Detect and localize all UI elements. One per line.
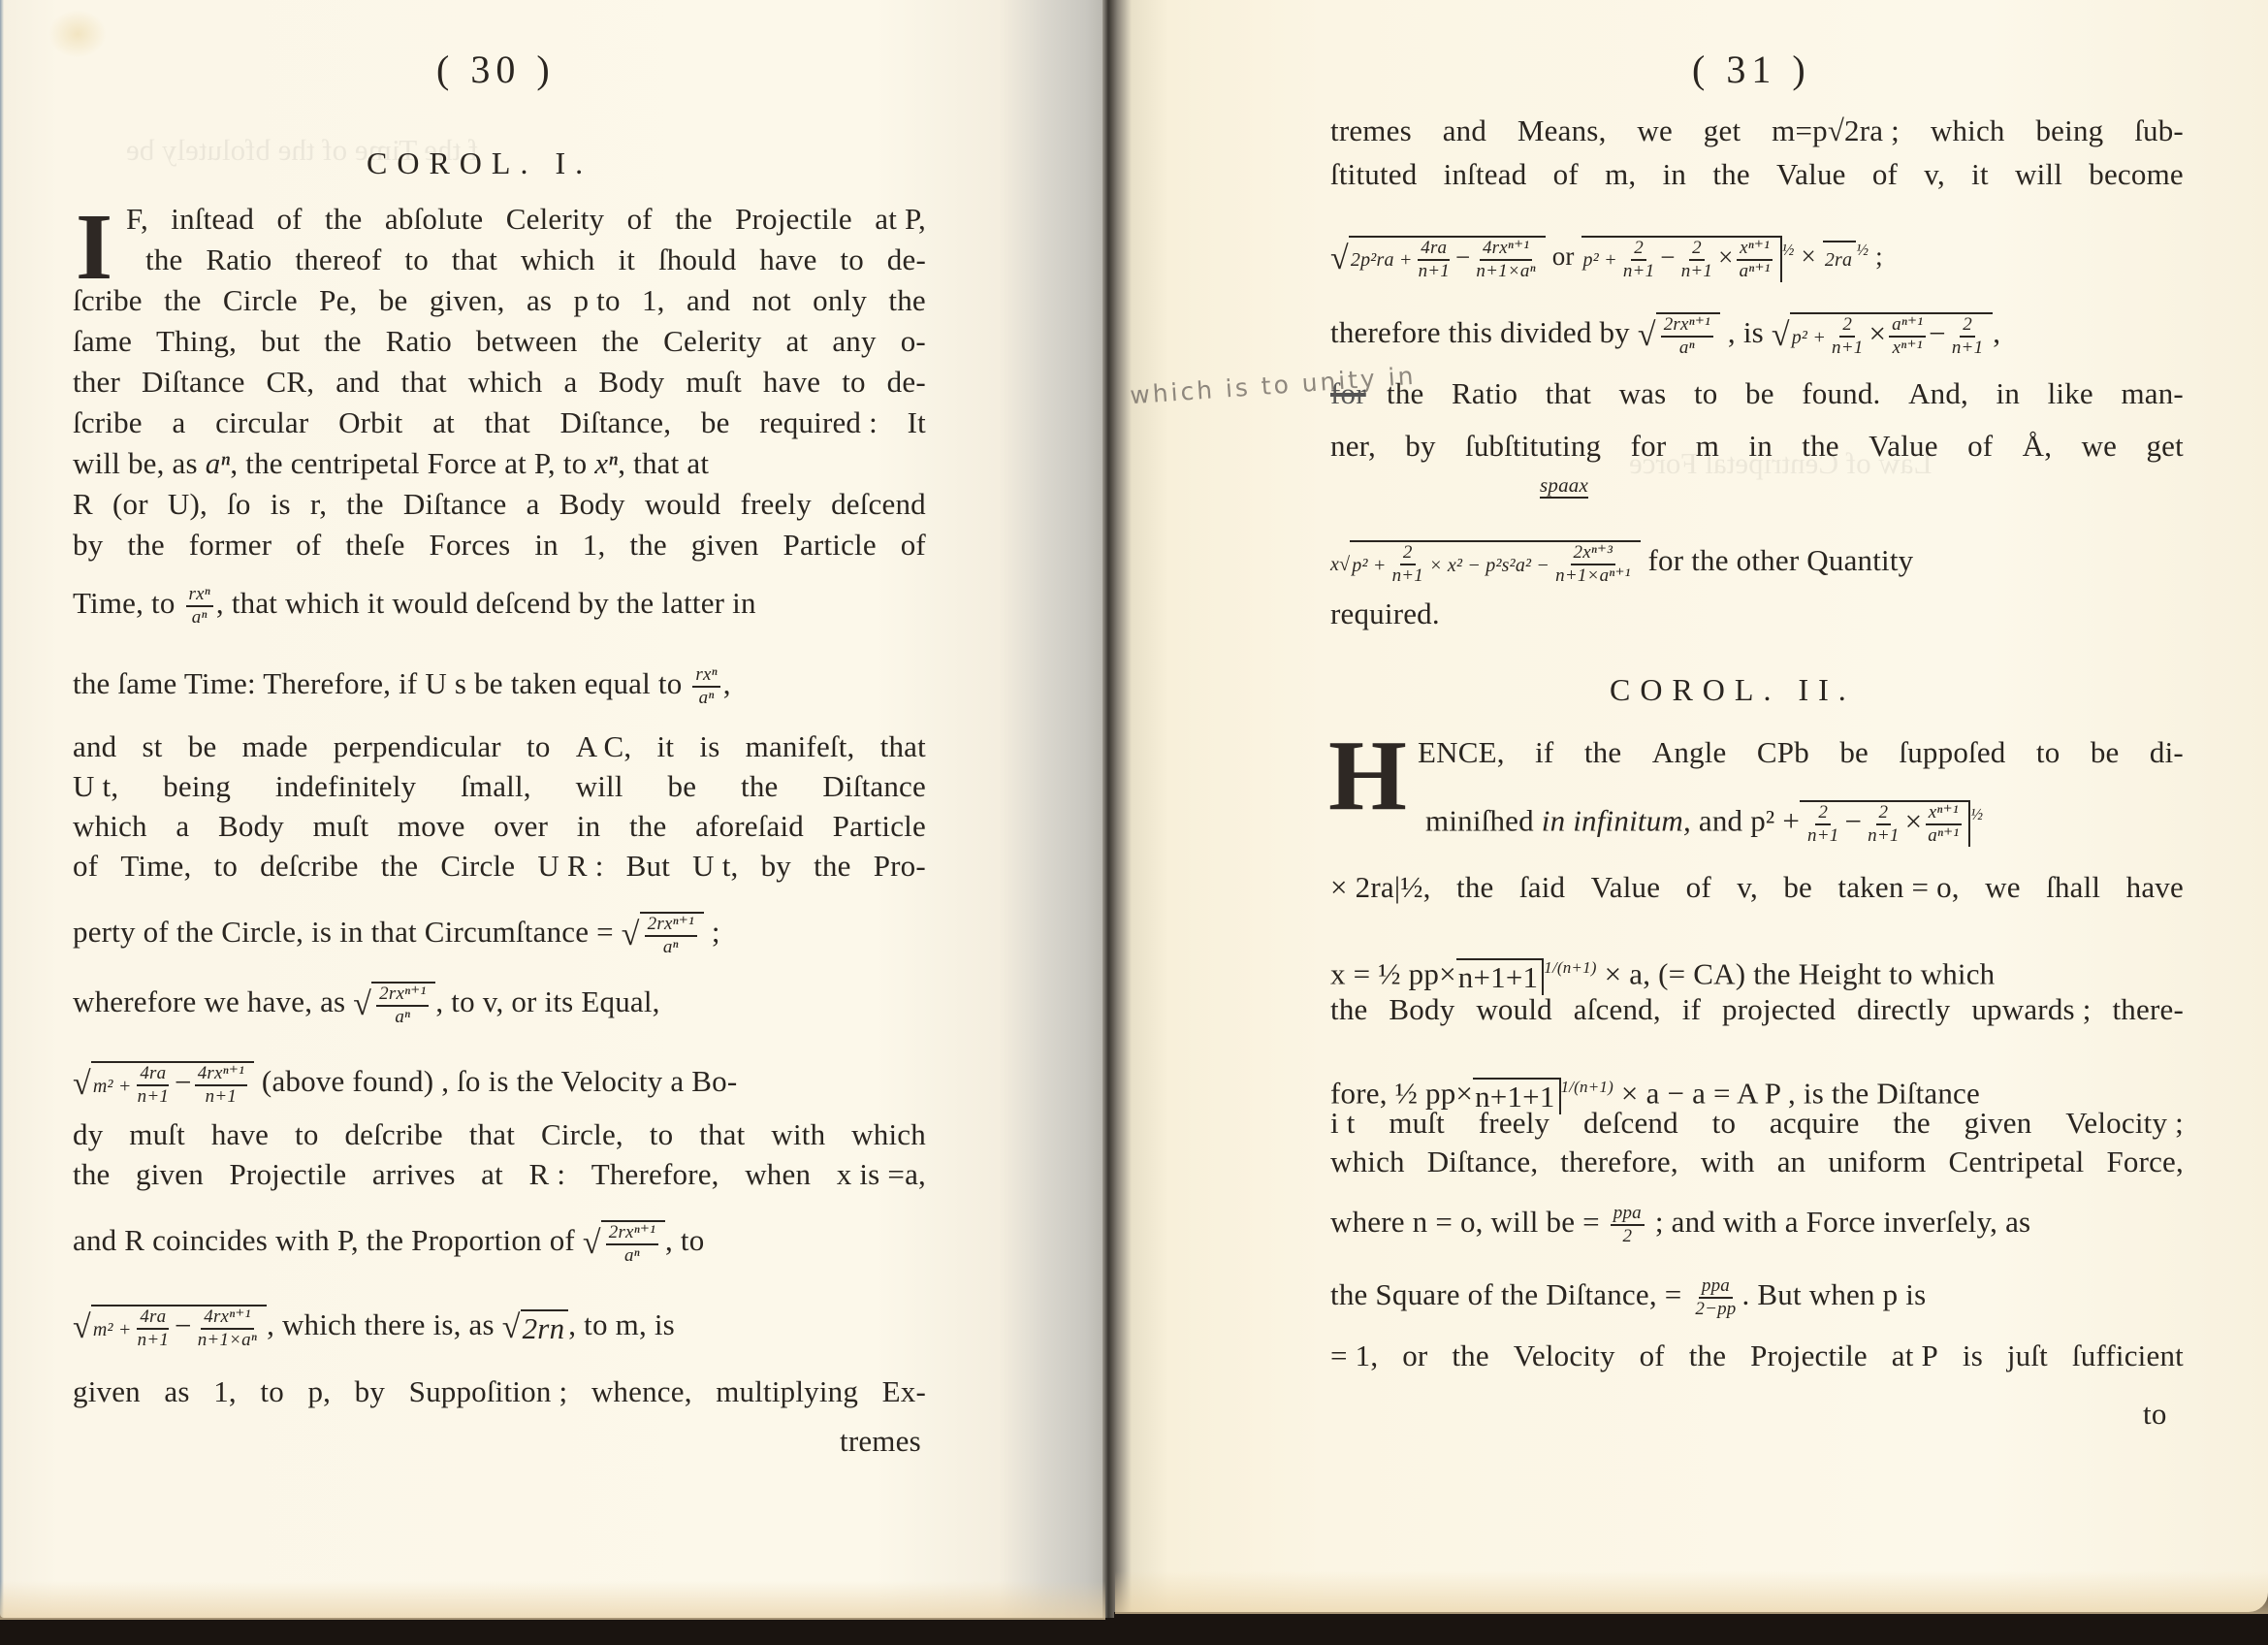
word: to (2036, 735, 2060, 770)
text-line: perty of the Circle, is in that Circumſt… (73, 912, 720, 958)
word: ſaid (1519, 870, 1565, 905)
word: ſame (73, 324, 132, 359)
word: v, (1924, 157, 1945, 192)
word: Å, (2023, 429, 2053, 464)
word: at (432, 405, 455, 440)
fraction: 2rxⁿ⁺¹aⁿ (645, 914, 697, 958)
radical-sign: √ (73, 1310, 91, 1345)
word: become (2089, 157, 2184, 192)
word: ner, (1330, 429, 1376, 464)
word: U t, (692, 849, 738, 884)
word: it (618, 242, 635, 277)
word: Diſtance (822, 769, 926, 804)
word: muſt (313, 809, 369, 844)
text-line: tremesandMeans,wegetm=p√2ra ;whichbeingſ… (1330, 113, 2184, 148)
word: the (1584, 735, 1621, 770)
word: perpendicular (334, 729, 501, 764)
word: would (1476, 992, 1552, 1027)
word: Projectile (735, 202, 852, 237)
word: which (1931, 113, 2005, 148)
word: p, (307, 1374, 331, 1409)
word: It (908, 405, 926, 440)
word: muſt (129, 1117, 185, 1152)
word: de- (887, 242, 926, 277)
text-line: therDiſtanceCR,andthatwhichaBodymuſthave… (73, 365, 926, 400)
word: Pe, (319, 283, 357, 318)
word: that (1546, 376, 1591, 411)
word: U R : (537, 849, 603, 884)
word: we (1985, 870, 2021, 905)
text-line: bytheformeroftheſeForcesin1,thegivenPart… (73, 528, 926, 563)
word: ſub- (2134, 113, 2184, 148)
word: the (1712, 157, 1749, 192)
word: in (1996, 376, 2021, 411)
word: be (1839, 735, 1869, 770)
word: the (1893, 1106, 1930, 1141)
drop-cap: H (1328, 726, 1407, 826)
word: Ratio (206, 242, 272, 277)
fraction: rxⁿaⁿ (186, 584, 213, 629)
text-line: will be, as aⁿ, the centripetal Force at… (73, 446, 709, 481)
word: A C, (576, 729, 632, 764)
word: U), (168, 487, 208, 522)
word: given (691, 528, 759, 563)
word: and (73, 729, 116, 764)
word: Force, (2106, 1145, 2184, 1179)
text-line: theRatiothereoftothatwhichitſhouldhaveto… (145, 242, 926, 277)
formula-line: miniſhed in infinitum, and p² +2n+1−2n+1… (1425, 797, 1983, 847)
word: it (1971, 157, 1989, 192)
word: m (1696, 429, 1719, 464)
page-number: ( 30 ) (436, 47, 556, 92)
word: at P (1892, 1339, 1938, 1373)
word: aforeſaid (695, 809, 804, 844)
word: uniform (1828, 1145, 1926, 1179)
word: Pro- (874, 849, 926, 884)
text-line: and R coincides with P, the Proportion o… (73, 1220, 704, 1267)
text-line: ENCE,iftheAngleCPbbeſuppoſedtobedi- (1418, 735, 2184, 770)
word: directly (1857, 992, 1950, 1027)
book-gutter (1102, 0, 1114, 1618)
word: if (1682, 992, 1701, 1027)
word: and (335, 365, 379, 400)
text-line: givenas1,top,bySuppoſition ;whence,multi… (73, 1374, 926, 1409)
word: Orbit (338, 405, 402, 440)
text-line: ſameThing,buttheRatiobetweentheCeleritya… (73, 324, 926, 359)
word: ſcribe (73, 405, 143, 440)
word: found. (1802, 376, 1880, 411)
word: would (645, 487, 721, 522)
word: acquire (1770, 1106, 1860, 1141)
text-line: the ſame Time: Therefore, if U s be take… (73, 664, 731, 709)
word: any (832, 324, 876, 359)
word: of (73, 849, 98, 884)
word: be (188, 729, 217, 764)
word: Velocity ; (2065, 1106, 2184, 1141)
word: Ratio (1452, 376, 1517, 411)
word: over (494, 809, 548, 844)
word: m=p√2ra ; (1772, 113, 1900, 148)
word: be (379, 283, 408, 318)
formula-line: the Square of the Diſtance, = ppa2−pp. B… (1330, 1275, 1926, 1320)
text-line: dymuſthavetodeſcribethatCircle,tothatwit… (73, 1117, 926, 1152)
word: be (701, 405, 730, 440)
word: at (786, 324, 809, 359)
word: CR, (267, 365, 315, 400)
word: have (759, 242, 816, 277)
word: being (2035, 113, 2103, 148)
word: Body (1389, 992, 1454, 1027)
word: of (1872, 157, 1898, 192)
word: the (888, 283, 925, 318)
word: = 1, (1330, 1339, 1378, 1373)
text-line: ner,byſubſtitutingformintheValueofÅ,wege… (1330, 429, 2184, 464)
word: the (164, 283, 201, 318)
text-line: required. (1330, 597, 1440, 631)
word: only (813, 283, 867, 318)
word: of (1553, 157, 1579, 192)
word: the (814, 849, 850, 884)
word: the (741, 769, 778, 804)
word: dy (73, 1117, 103, 1152)
fraction: rxⁿaⁿ (692, 664, 719, 709)
word: like (2048, 376, 2093, 411)
word: the (1387, 376, 1423, 411)
word: but (261, 324, 300, 359)
word: with (1701, 1145, 1755, 1179)
word: required : (759, 405, 878, 440)
word: ſuppoſed (1899, 735, 2005, 770)
word: being (163, 769, 231, 804)
word: a (176, 809, 189, 844)
word: But (626, 849, 670, 884)
word: projected (1722, 992, 1836, 1027)
word: given (1965, 1106, 2032, 1141)
word: to (295, 1117, 319, 1152)
word: Diſtance (142, 365, 245, 400)
word: deſcend (1583, 1106, 1678, 1141)
word: Circle (223, 283, 298, 318)
text-line: ſtitutedinſteadofm,intheValueofv,itwillb… (1330, 157, 2184, 192)
word: which (468, 365, 543, 400)
word: in (534, 528, 559, 563)
word: Body (218, 809, 284, 844)
catchword: tremes (840, 1424, 921, 1459)
word: of (276, 202, 302, 237)
word: of (1967, 429, 1993, 464)
word: will (2015, 157, 2062, 192)
formula-line: √2p²ra +4ran+1−4rxⁿ⁺¹n+1×aⁿ or p² +2n+1−… (1330, 233, 1883, 282)
word: Diſtance (403, 487, 507, 522)
word: indefinitely (275, 769, 416, 804)
word: of (901, 528, 926, 563)
word: the (346, 487, 383, 522)
radical-sign: √ (622, 918, 640, 952)
struck-word: for (1330, 376, 1366, 411)
word: R : (529, 1157, 566, 1192)
word: Projectile (1750, 1339, 1868, 1373)
text-line: √m² +4ran+1−4rxⁿ⁺¹n+1×aⁿ, which there is… (73, 1305, 675, 1351)
word: inſtead (171, 202, 254, 237)
word: of (1640, 1339, 1665, 1373)
word: the (675, 202, 712, 237)
formula-line: x√p² +2n+1× x² − p²s²a² −2xⁿ⁺³n+1×aⁿ⁺¹ f… (1330, 540, 1913, 587)
word: ſcribe (73, 283, 143, 318)
word: Centripetal (1949, 1145, 2085, 1179)
word: former (189, 528, 272, 563)
word: Velocity (1514, 1339, 1615, 1373)
word: that (401, 365, 447, 400)
word: And, (1908, 376, 1968, 411)
word: given (136, 1157, 204, 1192)
word: Projectile (229, 1157, 346, 1192)
word: there- (2112, 992, 2183, 1027)
word: manifeſt, (746, 729, 855, 764)
formula-line: x = ½ pp×n+1+11/(n+1) × a, (= CA) the He… (1330, 951, 1995, 995)
drop-cap: I (76, 200, 112, 295)
word: in (1663, 157, 1687, 192)
word: made (242, 729, 308, 764)
word: the (629, 528, 666, 563)
word: freely (740, 487, 811, 522)
word: thereof (295, 242, 381, 277)
word: not (752, 283, 791, 318)
word: ENCE, (1418, 735, 1505, 770)
text-line: F,inſteadoftheabſoluteCelerityoftheProje… (126, 202, 926, 237)
word: the (127, 528, 164, 563)
word: to (840, 242, 864, 277)
word: when (745, 1157, 811, 1192)
word: by (761, 849, 791, 884)
word: was (1619, 376, 1667, 411)
word: which (1330, 1145, 1405, 1179)
word: aſcend, (1574, 992, 1661, 1027)
word: the (73, 1157, 110, 1192)
word: be (2091, 735, 2120, 770)
word: ſufficient (2072, 1339, 2184, 1373)
word: to (1694, 376, 1718, 411)
word: an (1777, 1145, 1806, 1179)
word: have (2126, 870, 2184, 905)
word: that (485, 405, 530, 440)
word: muſt (1389, 1106, 1445, 1141)
word: a (172, 405, 185, 440)
word: which (73, 809, 147, 844)
word: muſt (686, 365, 742, 400)
word: at (481, 1157, 503, 1192)
word: to (214, 849, 239, 884)
word: Means, (1517, 113, 1607, 148)
word: will (576, 769, 623, 804)
word: is (271, 487, 291, 522)
word: 1, (213, 1374, 237, 1409)
word: the (629, 809, 666, 844)
word: that (880, 729, 926, 764)
word: ſtituted (1330, 157, 1417, 192)
word: be (668, 769, 697, 804)
word: to (842, 365, 866, 400)
text-line: U t,beingindefinitelyſmall,willbetheDiſt… (73, 769, 926, 804)
word: and (1443, 113, 1486, 148)
text-line: R(orU),ſoisr,theDiſtanceaBodywouldfreely… (73, 487, 926, 522)
page-number: ( 31 ) (1692, 47, 1811, 92)
word: deſcribe (260, 849, 358, 884)
text-line: Time, to rxⁿaⁿ, that which it would deſc… (73, 584, 756, 629)
word: if (1535, 735, 1553, 770)
text-line: √m² +4ran+1−4rxⁿ⁺¹n+1 (above found) , ſo… (73, 1061, 737, 1108)
word: the (145, 242, 182, 277)
word: Celerity (506, 202, 604, 237)
word: as (527, 283, 552, 318)
section-heading: COROL. II. (1610, 672, 1856, 708)
word: CPb (1757, 735, 1809, 770)
text-line: = 1,ortheVelocityoftheProjectileat Pisju… (1330, 1339, 2184, 1373)
word: de- (887, 365, 926, 400)
word: R (73, 487, 93, 522)
word: have (211, 1117, 269, 1152)
word: man- (2121, 376, 2184, 411)
text-line: ſcribeacircularOrbitatthatDiſtance,bereq… (73, 405, 926, 440)
word: in (1748, 429, 1773, 464)
word: x is =a, (837, 1157, 926, 1192)
word: Celerity (663, 324, 761, 359)
word: be (1745, 376, 1774, 411)
word: the (1689, 1339, 1726, 1373)
word: Angle (1652, 735, 1727, 770)
word: have (763, 365, 820, 400)
word: in (577, 809, 601, 844)
word: circular (215, 405, 308, 440)
word: ſubſtituting (1465, 429, 1601, 464)
word: i t (1330, 1106, 1356, 1141)
word: Particle (783, 528, 877, 563)
word: theſe (345, 528, 404, 563)
word: upwards ; (1971, 992, 2091, 1027)
fraction: 2rxⁿ⁺¹aⁿ (376, 984, 429, 1028)
word: inſtead (1444, 157, 1527, 192)
word: for (1631, 429, 1667, 464)
word: Particle (833, 809, 926, 844)
section-heading: COROL. I. (367, 145, 592, 181)
word: Ex- (882, 1374, 926, 1409)
word: freely (1479, 1106, 1549, 1141)
word: p to (574, 283, 621, 318)
text-line: theRatiothatwastobefound.And,inlikeman- (1387, 376, 2184, 411)
word: Value (1869, 429, 1938, 464)
word: 1, (583, 528, 606, 563)
word: to (650, 1117, 674, 1152)
word: is (699, 729, 719, 764)
word: that (699, 1117, 745, 1152)
word: Thing, (156, 324, 237, 359)
word: abſolute (385, 202, 483, 237)
word: deſcribe (344, 1117, 442, 1152)
word: move (398, 809, 465, 844)
word: we (2082, 429, 2118, 464)
word: we (1637, 113, 1673, 148)
text-line: ofTime,todeſcribetheCircleU R :ButU t,by… (73, 849, 926, 884)
word: by (1405, 429, 1435, 464)
word: the (324, 324, 361, 359)
word: it (657, 729, 675, 764)
word: that (469, 1117, 515, 1152)
word: taken = o, (1837, 870, 1959, 905)
word: of (1686, 870, 1711, 905)
text-line: ſcribetheCirclePe,begiven,asp to1,andnot… (73, 283, 926, 318)
word: Diſtance, (1427, 1145, 1539, 1179)
word: and (687, 283, 730, 318)
word: with (771, 1117, 825, 1152)
word: the (381, 849, 418, 884)
word: ſhould (658, 242, 736, 277)
word: Body (598, 365, 664, 400)
word: to (260, 1374, 284, 1409)
word: ſhall (2046, 870, 2100, 905)
text-line: whichDiſtance,therefore,withanuniformCen… (1330, 1145, 2184, 1179)
word: Circle, (541, 1117, 623, 1152)
word: r, (310, 487, 327, 522)
word: Value (1591, 870, 1661, 905)
word: Forces (430, 528, 511, 563)
word: Time, (120, 849, 191, 884)
text-line: theBodywouldaſcend,ifprojecteddirectlyup… (1330, 992, 2184, 1027)
word: the (1456, 870, 1493, 905)
word: a (527, 487, 540, 522)
formula-line: where n = o, will be = ppa2 ; and with a… (1330, 1203, 2030, 1247)
word: given, (430, 283, 505, 318)
word: be (1783, 870, 1812, 905)
word: the (1330, 992, 1367, 1027)
word: get (1704, 113, 1741, 148)
word: U t, (73, 769, 118, 804)
word: Ratio (386, 324, 452, 359)
radical-sign: √ (583, 1226, 601, 1261)
radical-sign: √ (73, 1067, 91, 1102)
catchword: to (2143, 1397, 2167, 1432)
word: to (527, 729, 551, 764)
word: the (1452, 1339, 1488, 1373)
word: juſt (2007, 1339, 2048, 1373)
text-line: i tmuſtfreelydeſcendtoacquirethegivenVel… (1330, 1106, 2184, 1141)
word: 1, (642, 283, 665, 318)
word: the (1802, 429, 1838, 464)
text-line: × 2ra|½,theſaidValueofv,betaken = o,weſh… (1330, 870, 2184, 905)
word: m, (1605, 157, 1636, 192)
word: to (404, 242, 429, 277)
word: ſo (227, 487, 251, 522)
word: or (1402, 1339, 1427, 1373)
word: tremes (1330, 113, 1412, 148)
word: between (476, 324, 578, 359)
word: the (325, 202, 362, 237)
word: is (1963, 1339, 1983, 1373)
word: v, (1737, 870, 1758, 905)
word: that (452, 242, 497, 277)
word: st (143, 729, 163, 764)
word: deſcend (831, 487, 926, 522)
radical-sign: √ (353, 987, 371, 1022)
word: which (851, 1117, 926, 1152)
word: Value (1776, 157, 1846, 192)
text-line: andstbemadeperpendiculartoA C,itismanife… (73, 729, 926, 764)
text-line: thegivenProjectilearrivesatR :Therefore,… (73, 1157, 926, 1192)
word: get (2146, 429, 2183, 464)
word: at P, (875, 202, 926, 237)
word: to (1712, 1106, 1737, 1141)
word: whence, (591, 1374, 692, 1409)
word: (or (112, 487, 148, 522)
word: by (355, 1374, 385, 1409)
